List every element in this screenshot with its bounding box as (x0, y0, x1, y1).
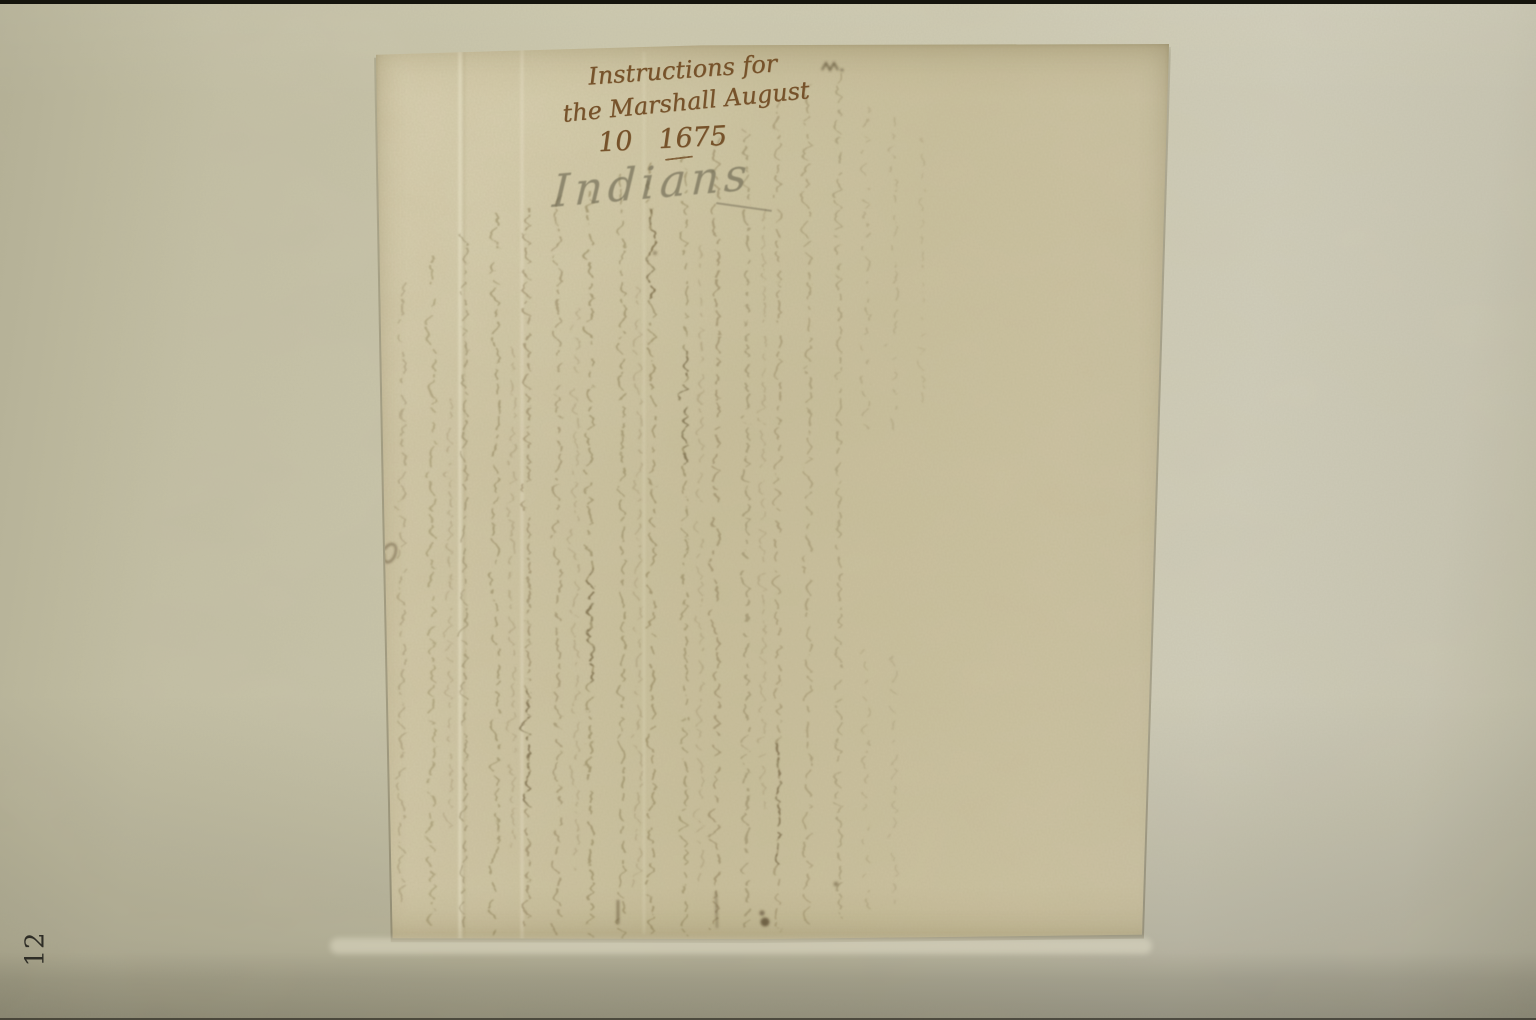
manuscript-paper: Instructions for the Marshall August 101… (376, 44, 1169, 940)
photograph-of-manuscript: Instructions for the Marshall August 101… (0, 0, 1536, 1020)
page-number-text: 12 (21, 931, 51, 966)
date-day: 10 (597, 126, 633, 159)
date-year: 1675 (658, 121, 728, 156)
bottom-shadow-gradient (0, 952, 1536, 1020)
scan-edge-top (0, 0, 1536, 4)
paper-edge-shading (376, 44, 1169, 940)
page-number: 12 (20, 926, 52, 972)
